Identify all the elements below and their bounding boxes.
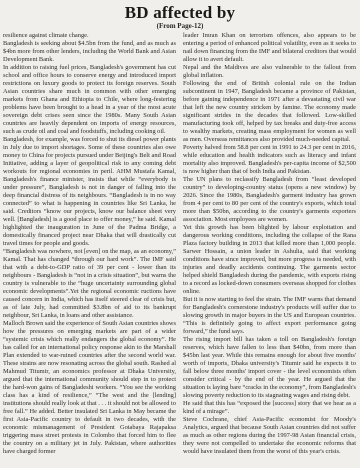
paragraph: The rising import bill has taken a toll … <box>183 336 356 400</box>
article-column-right: leader Imran Khan on terrorism offences,… <box>183 32 356 456</box>
paragraph: In addition to raising fuel prices, Bang… <box>3 64 176 136</box>
paragraph: Following the end of British colonial ru… <box>183 80 356 144</box>
paragraph: He said that this has “exposed the [succ… <box>183 400 356 416</box>
paragraph: Bangladesh is seeking about $4.5bn from … <box>3 40 176 64</box>
paragraph: The UN plans to reclassify Bangladesh fr… <box>183 176 356 224</box>
paragraph: Yet this growth has been blighted by lab… <box>183 224 356 296</box>
paragraph: resilience against climate change. <box>3 32 176 40</box>
continued-from-note: (From Page-12) <box>3 22 357 30</box>
paragraph: But it is now starting to feel the strai… <box>183 296 356 336</box>
paragraph: Nepal and the Maldives are also vulnerab… <box>183 64 356 80</box>
newspaper-page: BD affected by (From Page-12) resilience… <box>0 0 360 468</box>
paragraph: leader Imran Khan on terrorism offences,… <box>183 32 356 64</box>
paragraph: Bangladesh, for example, was forced to s… <box>3 136 176 248</box>
paragraph: Malloch Brown said the experience of Sou… <box>3 320 176 456</box>
paragraph: “Bangladesh was nowhere, not [even] on t… <box>3 248 176 320</box>
article-masthead: BD affected by (From Page-12) <box>3 4 357 30</box>
article-column-left: resilience against climate change. Bangl… <box>3 32 176 456</box>
paragraph: Steve Cochrane, chief Asia-Pacific econo… <box>183 416 356 456</box>
paragraph: Poverty halved from 58.8 per cent in 199… <box>183 144 356 176</box>
article-body: resilience against climate change. Bangl… <box>3 32 357 456</box>
page-title: BD affected by <box>3 4 357 22</box>
